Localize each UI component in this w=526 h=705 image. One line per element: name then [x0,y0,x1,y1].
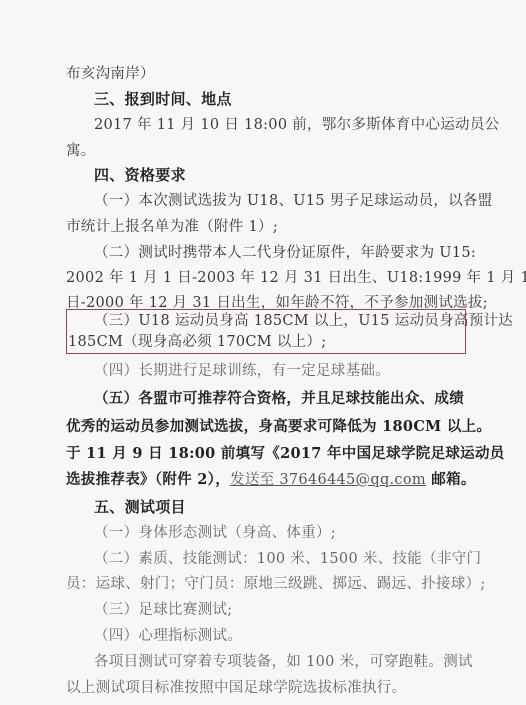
email-link[interactable]: 发送至 37646445@qq.com [230,472,426,488]
text-line-req-4: （四）长期进行足球训练，有一定足球基础。 [94,361,390,381]
text-line-req-5b: 优秀的运动员参加测试选拔，身高要求可降低为 180CM 以上。 [66,417,491,437]
text-line-req-3b: 185CM（现身高必须 170CM 以上）; [68,332,326,352]
text-line-req-3a: （三）U18 运动员身高 185CM 以上，U15 运动员身高预计达 [94,311,513,331]
text-line-equipment: 各项目测试可穿着专项装备，如 100 米，可穿跑鞋。测试 [94,652,473,672]
text-line-test-4: （四）心理指标测试。 [94,626,242,646]
section-heading-5: 五、测试项目 [94,497,186,517]
section-heading-4: 四、资格要求 [94,165,186,185]
text-line-req-1a: （一）本次测试选拔为 U18、U15 男子足球运动员，以各盟 [94,191,493,211]
text-line-test-3: （三）足球比赛测试; [94,600,232,620]
text-line-req-2a: （二）测试时携带本人二代身份证原件，年龄要求为 U15: [94,243,476,263]
text-line-test-2a: （二）素质、技能测试：100 米、1500 米、技能（非守门 [94,549,481,569]
text-line-report-time: 2017 年 11 月 10 日 18:00 前，鄂尔多斯体育中心运动员公 [94,115,499,135]
recommend-suffix: 邮箱。 [426,471,476,488]
text-line-recommend: 选拔推荐表》（附件 2），发送至 37646445@qq.com 邮箱。 [66,470,476,490]
text-line-continuation: 布亥沟南岸） [66,64,155,84]
text-line-test-1: （一）身体形态测试（身高、体重）; [94,523,336,543]
text-line-report-place: 寓。 [66,141,96,161]
recommend-prefix: 选拔推荐表》（附件 2）， [66,471,230,488]
text-line-req-5c: 于 11 月 9 日 18:00 前填写《2017 年中国足球学院足球运动员 [66,444,505,464]
document-page: 布亥沟南岸） 三、报到时间、地点 2017 年 11 月 10 日 18:00 … [0,0,526,705]
text-line-req-2b: 2002 年 1 月 1 日-2003 年 12 月 31 日出生、U18:19… [66,268,526,288]
text-line-standard: 以上测试项目标准按照中国足球学院选拔标准执行。 [66,678,406,698]
text-line-req-1b: 市统计上报名单为准（附件 1）; [66,217,278,237]
text-line-req-5a: （五）各盟市可推荐符合资格，并且足球技能出众、成绩 [94,389,464,409]
text-line-test-2b: 员：运球、射门；守门员：原地三级跳、掷远、踢远、扑接球）; [66,574,486,594]
section-heading-3: 三、报到时间、地点 [94,89,232,109]
